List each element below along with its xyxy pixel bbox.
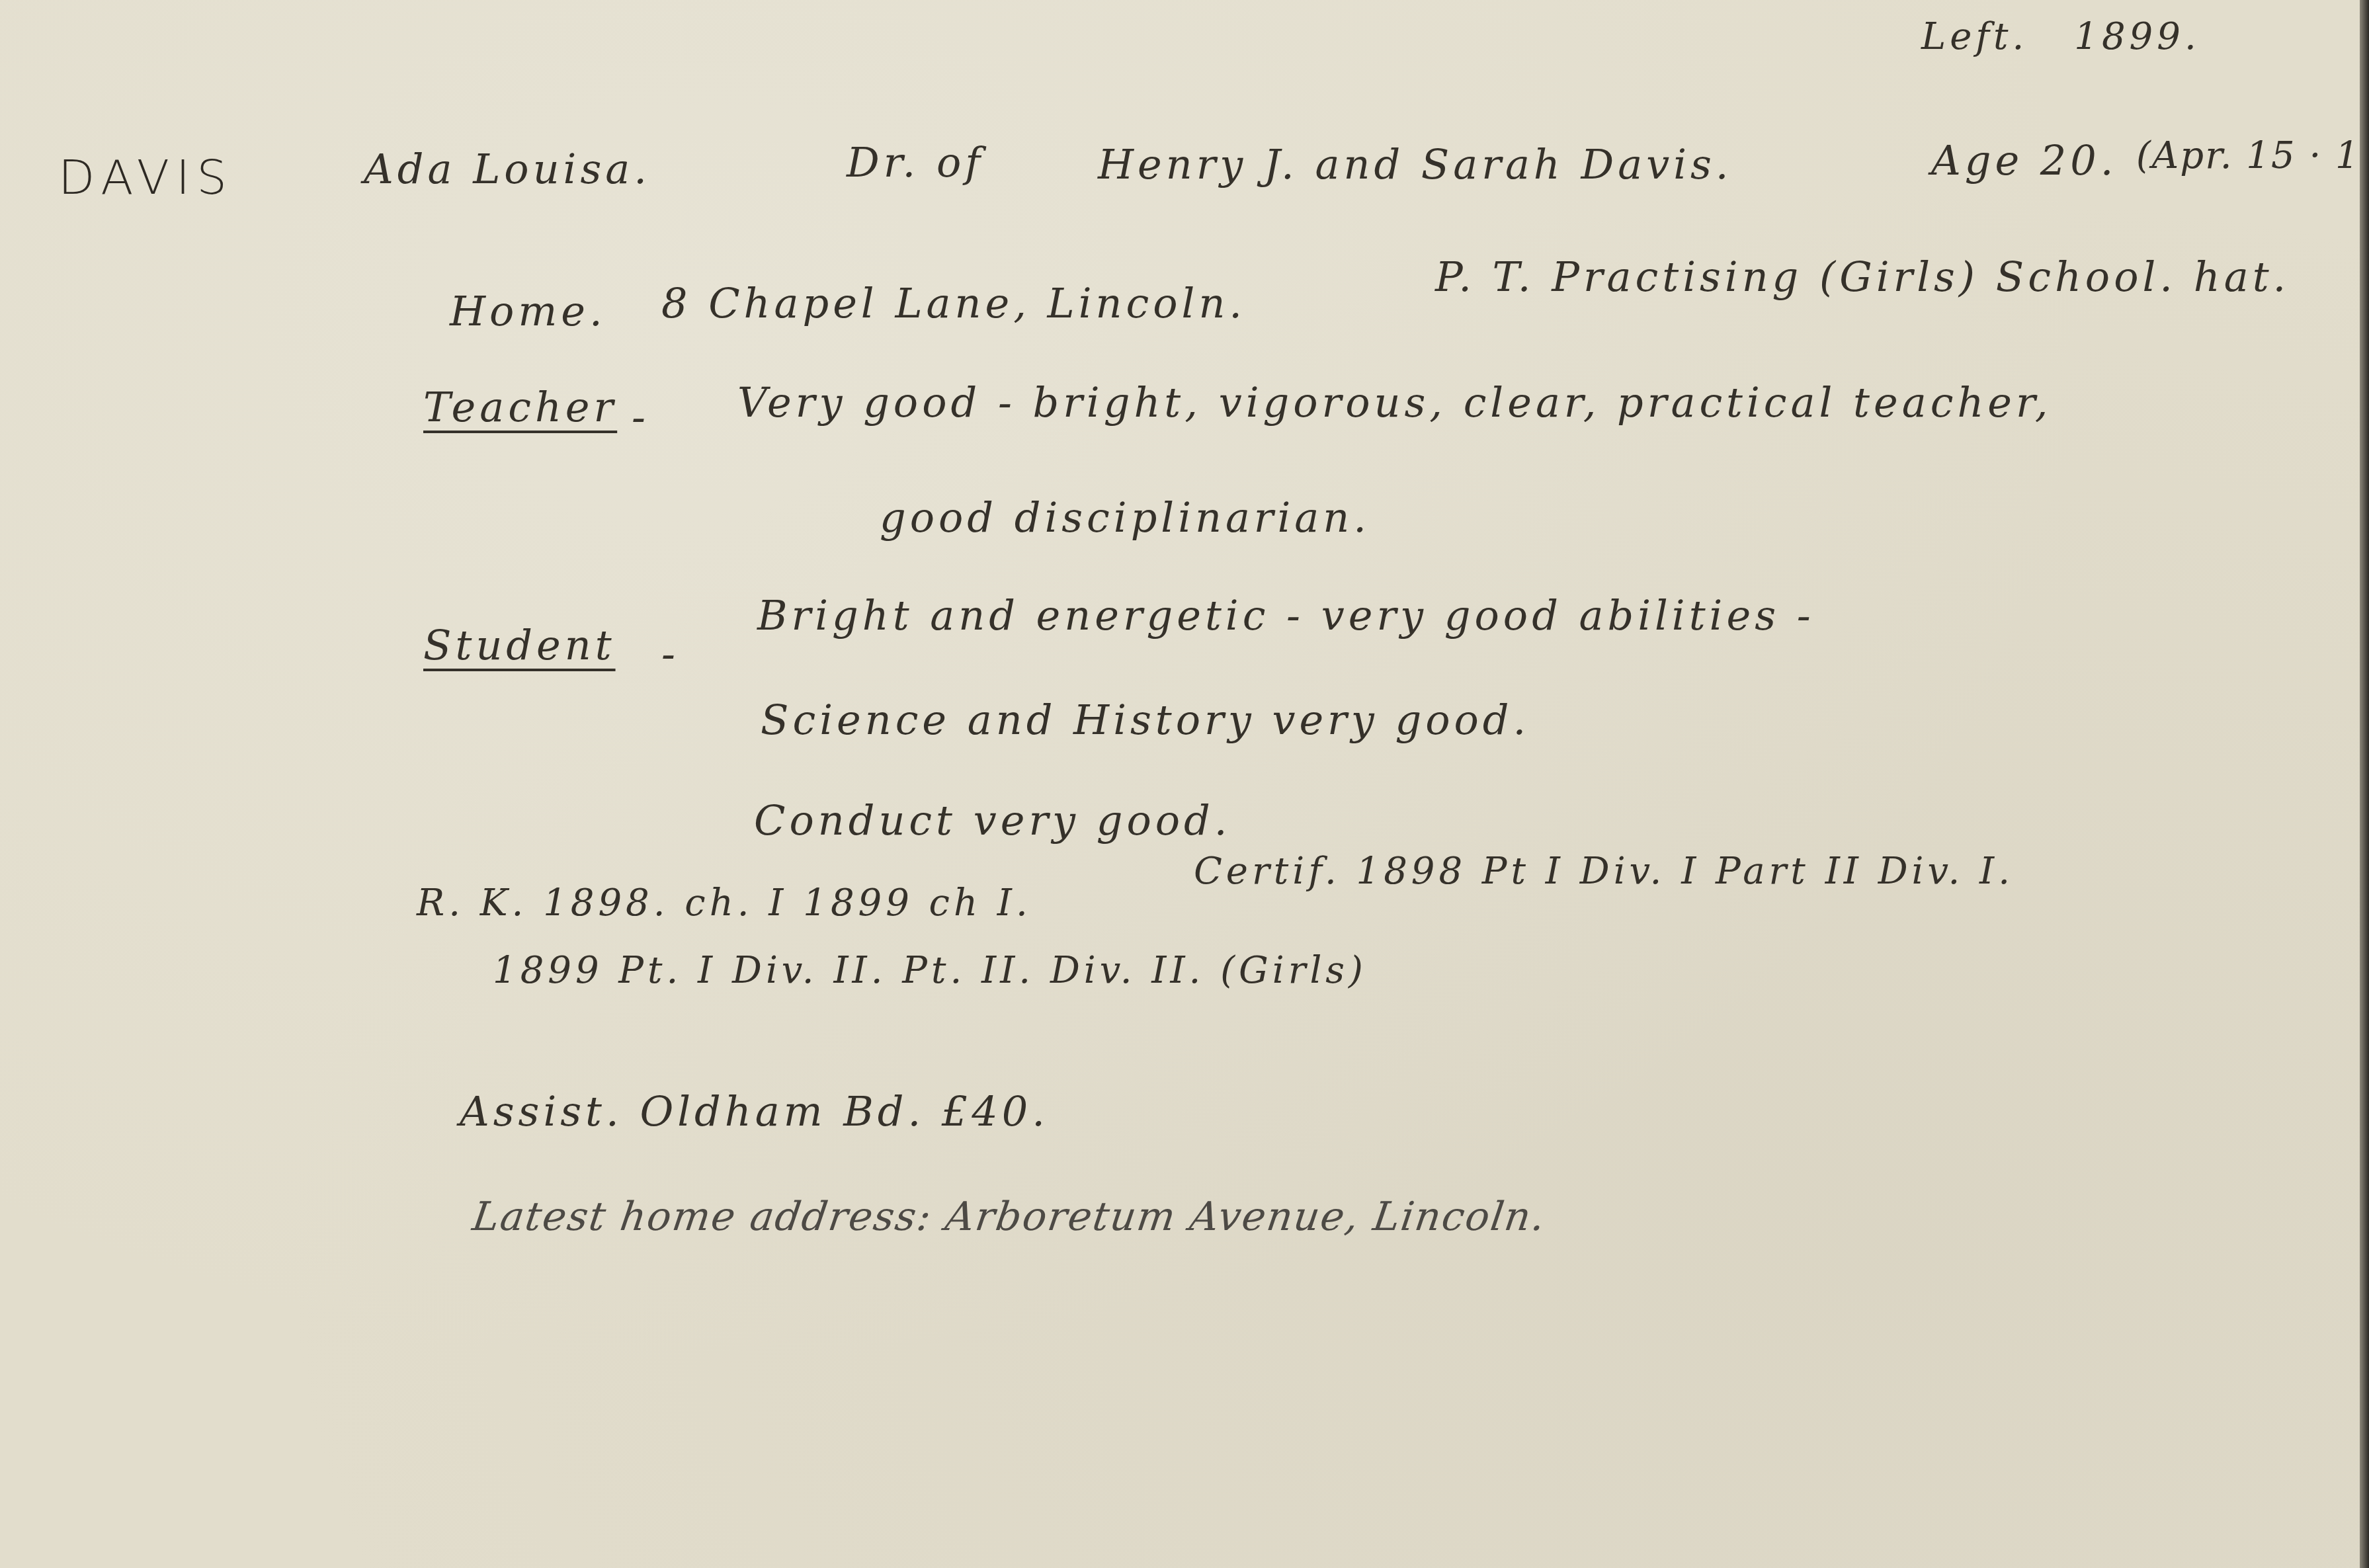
card-edge-shadow [2360,0,2369,1568]
left-note: Left.1899. [1921,19,2200,56]
relation: Dr. of [847,142,984,183]
student-line-2: Science and History very good. [761,700,1530,741]
teacher-line-2: good disciplinarian. [880,497,1370,538]
parents: Henry J. and Sarah Davis. [1098,144,1733,185]
birth-date: (Apr. 15 · 1899) [2136,138,2369,175]
student-line-3: Conduct very good. [754,800,1231,841]
given-names: Ada Louisa. [364,149,651,190]
home-label: Home. [450,291,606,332]
school: P. T. Practising (Girls) School. hat. [1435,257,2290,298]
exam-line-1899: 1899 Pt. I Div. II. Pt. II. Div. II. (Gi… [493,952,1367,989]
student-dash: - [661,634,679,675]
left-year: 1899. [2074,15,2200,58]
student-line-1: Bright and energetic - very good abiliti… [757,595,1815,636]
teacher-dash: - [632,397,649,438]
teacher-line-1: Very good - bright, vigorous, clear, pra… [737,382,2052,423]
age: Age 20. [1931,140,2117,181]
record-card: Left.1899. DAVIS Ada Louisa. Dr. of Henr… [0,0,2360,1568]
teacher-label: Teacher [423,387,617,428]
appointment: Assist. Oldham Bd. £40. [460,1091,1049,1132]
left-label: Left. [1921,15,2028,58]
latest-home-address: Latest home address: Arboretum Avenue, L… [470,1197,1549,1237]
rk-line: R. K. 1898. ch. I 1899 ch I. [417,885,1032,922]
surname: DAVIS [58,153,233,201]
home-address: 8 Chapel Lane, Lincoln. [661,283,1246,324]
student-label: Student [423,625,616,666]
certif-line: Certif. 1898 Pt I Div. I Part II Div. I. [1194,853,2014,890]
